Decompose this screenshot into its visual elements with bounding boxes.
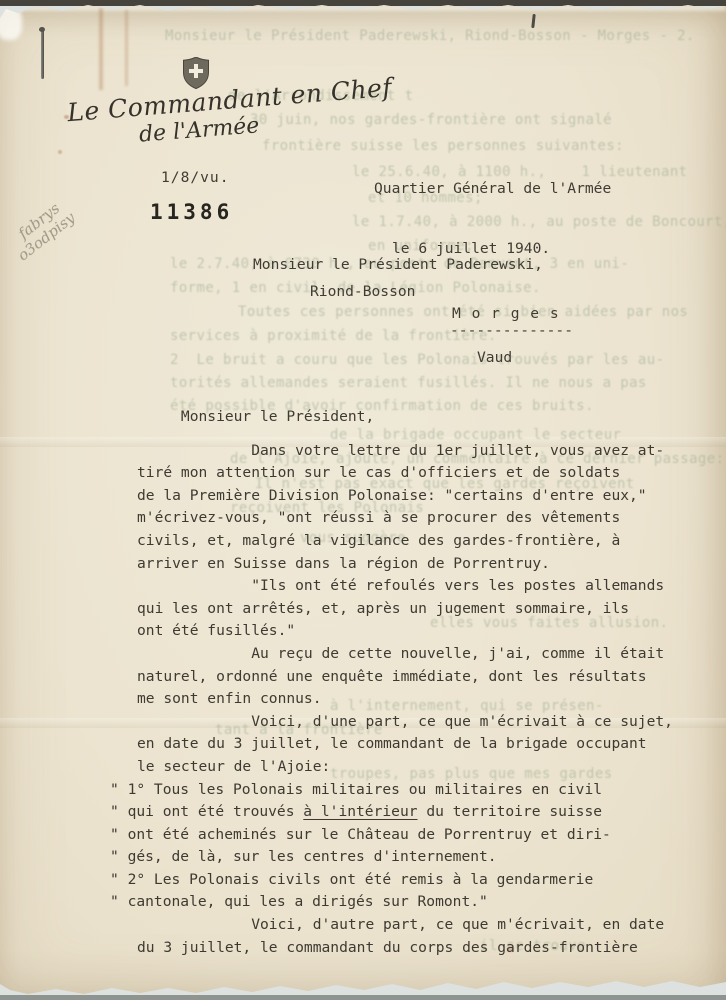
letter-body-line: Monsieur le Président,: [137, 406, 677, 429]
letter-body-line: "Ils ont été refoulés vers les postes al…: [137, 575, 677, 598]
swiss-cross-shield-icon: [183, 57, 209, 89]
letter-body-line: " cantonale, qui les a dirigés sur Romon…: [110, 891, 677, 914]
letter-body-line: " gés, de là, sur les centres d'internem…: [110, 846, 677, 869]
letter-body-line: " qui ont été trouvés à l'intérieur du t…: [110, 801, 677, 824]
letter-body-line: Voici, d'autre part, ce que m'écrivait, …: [137, 914, 677, 937]
letter-page: Monsieur le Président Paderewski, Riond-…: [0, 0, 726, 1000]
letter-body-line: Dans votre lettre du 1er juillet, vous a…: [137, 440, 677, 463]
recipient-region: Vaud: [477, 349, 512, 366]
letter-body-line: naturel, ordonné une enquête immédiate, …: [137, 666, 677, 689]
scan-background-top: [0, 0, 726, 6]
bleed-through-line: Monsieur le Président Paderewski, Riond-…: [165, 28, 695, 44]
letter-body-line: me sont enfin connus.: [137, 688, 677, 711]
rust-stain: [99, 8, 103, 90]
rust-stain: [125, 10, 128, 86]
letter-body-line: " 2° Les Polonais civils ont été remis à…: [110, 869, 677, 892]
document-number-stamp: 11386: [150, 200, 233, 224]
letter-body-line: tiré mon attention sur le cas d'officier…: [137, 462, 677, 485]
letter-body-line: le secteur de l'Ajoie:: [137, 756, 677, 779]
date-block: Quartier Général de l'Armée le 6 juillet…: [374, 139, 611, 299]
letter-body-line: qui les ont arrêtés, et, après un jugeme…: [137, 598, 677, 621]
letter-body-line: " ont été acheminés sur le Château de Po…: [110, 824, 677, 847]
letter-body-line: ont été fusillés.": [137, 620, 677, 643]
recipient-city: M o r g e s: [452, 305, 560, 322]
recipient-residence: Riond-Bosson: [310, 283, 415, 300]
staple-pin-head: [39, 27, 45, 32]
bleed-through-line: services à proximité de la frontière.: [170, 328, 497, 344]
letter-body-line: civils, et, malgré la vigilance des gard…: [137, 530, 677, 553]
letter-body-line: du 3 juillet, le commandant du corps des…: [137, 937, 677, 960]
letter-body: Monsieur le Président, Dans votre lettre…: [137, 406, 677, 959]
letter-body-line: m'écrivez-vous, "ont réussi à se procure…: [137, 507, 677, 530]
bleed-through-line: torités allemandes seraient fusillés. Il…: [170, 375, 647, 391]
date-place: Quartier Général de l'Armée: [374, 179, 611, 199]
city-underline: --------------: [450, 322, 573, 339]
bleed-through-line: 2 Le bruit a couru que les Polonais trou…: [170, 352, 664, 368]
letter-body-line: arriver en Suisse dans la région de Porr…: [137, 553, 677, 576]
rust-spot: [58, 150, 62, 154]
recipient-name: Monsieur le Président Paderewski,: [253, 256, 543, 273]
letter-body-line: de la Première Division Polonaise: "cert…: [137, 485, 677, 508]
scanned-letter: Monsieur le Président Paderewski, Riond-…: [0, 0, 726, 1000]
scan-background-bottom: [0, 995, 726, 1000]
staple-pin: [41, 30, 44, 79]
letter-body-line: " 1° Tous les Polonais militaires ou mil…: [110, 779, 677, 802]
letter-body-line: Au reçu de cette nouvelle, j'ai, comme i…: [137, 643, 677, 666]
letter-body-line: Voici, d'une part, ce que m'écrivait à c…: [137, 711, 677, 734]
letter-body-line: en date du 3 juillet, le commandant de l…: [137, 733, 677, 756]
reference-number: 1/8/vu.: [161, 169, 230, 186]
